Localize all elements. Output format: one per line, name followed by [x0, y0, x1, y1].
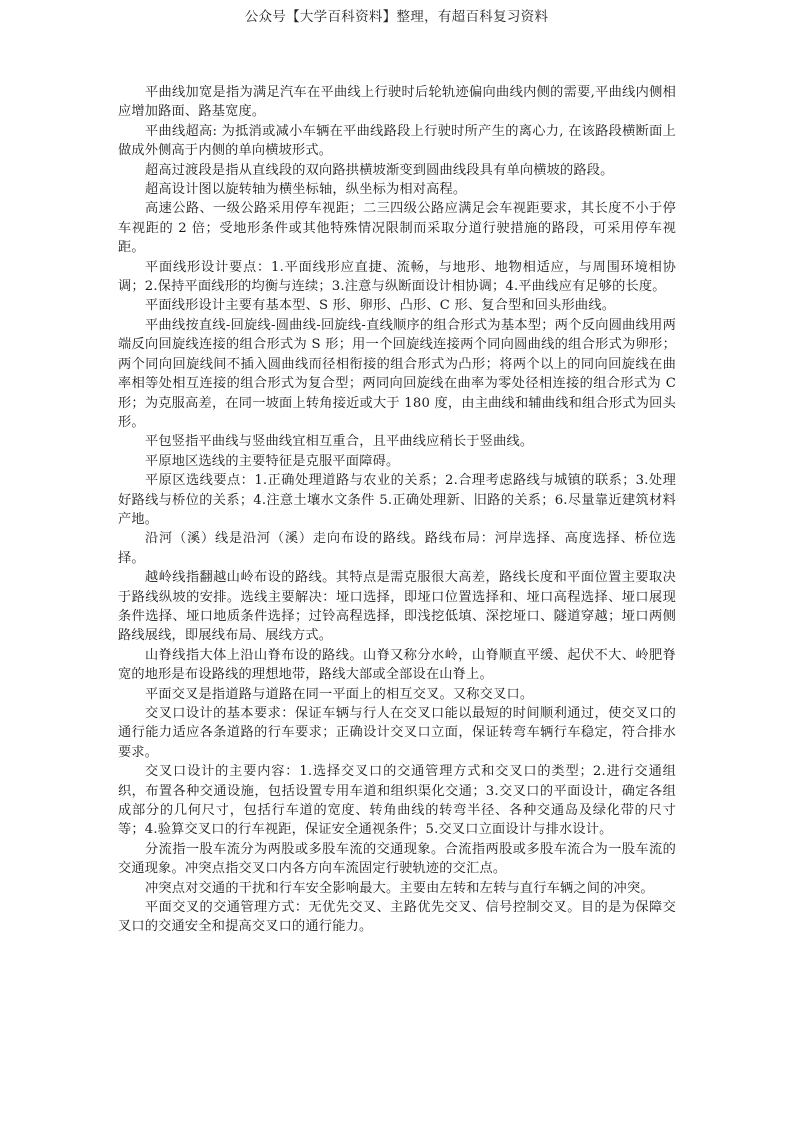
paragraph-at-grade-intersection: 平面交叉是指道路与道路在同一平面上的相互交叉。又称交叉口。	[118, 685, 676, 704]
paragraph-horizontal-vertical-overlap: 平包竖指平曲线与竖曲线宜相互重合，且平曲线应稍长于竖曲线。	[118, 432, 676, 451]
paragraph-curve-combinations: 平曲线按直线-回旋线-圆曲线-回旋线-直线顺序的组合形式为基本型；两个反向圆曲线…	[118, 316, 676, 432]
paragraph-plain-route-points: 平原区选线要点：1.正确处理道路与农业的关系；2.合理考虑路线与城镇的联系；3.…	[118, 471, 676, 529]
paragraph-alignment-key-points: 平面线形设计要点：1.平面线形应直捷、流畅，与地形、地物相适应，与周围环境相协调…	[118, 258, 676, 297]
paragraph-diverge-merge: 分流指一股车流分为两股或多股车流的交通现象。合流指两股或多股车流合为一股车流的交…	[118, 840, 676, 879]
paragraph-superelevation-diagram: 超高设计图以旋转轴为横坐标轴，纵坐标为相对高程。	[118, 180, 676, 199]
page-header: 公众号【大学百科资料】整理，有超百科复习资料	[0, 5, 793, 25]
document-body: 平曲线加宽是指为满足汽车在平曲线上行驶时后轮轨迹偏向曲线内侧的需要,平曲线内侧相…	[118, 83, 676, 937]
paragraph-curve-widening: 平曲线加宽是指为满足汽车在平曲线上行驶时后轮轨迹偏向曲线内侧的需要,平曲线内侧相…	[118, 83, 676, 122]
paragraph-traffic-control: 平面交叉的交通管理方式：无优先交叉、主路优先交叉、信号控制交叉。目的是为保障交叉…	[118, 898, 676, 937]
paragraph-ridge-route: 山脊线指大体上沿山脊布设的路线。山脊又称分水岭，山脊顺直平缓、起伏不大、岭肥脊宽…	[118, 646, 676, 685]
paragraph-sight-distance: 高速公路、一级公路采用停车视距；二三四级公路应满足会车视距要求，其长度不小于停车…	[118, 199, 676, 257]
paragraph-river-route: 沿河（溪）线是沿河（溪）走向布设的路线。路线布局：河岸选择、高度选择、桥位选择。	[118, 529, 676, 568]
paragraph-superelevation: 平曲线超高: 为抵消或减小车辆在平曲线路段上行驶时所产生的离心力, 在该路段横断…	[118, 122, 676, 161]
paragraph-superelevation-transition: 超高过渡段是指从直线段的双向路拱横坡渐变到圆曲线段具有单向横坡的路段。	[118, 161, 676, 180]
paragraph-mountain-crossing-route: 越岭线指翻越山岭布设的路线。其特点是需克服很大高差，路线长度和平面位置主要取决于…	[118, 568, 676, 646]
paragraph-intersection-design-content: 交叉口设计的主要内容：1.选择交叉口的交通管理方式和交叉口的类型；2.进行交通组…	[118, 762, 676, 840]
paragraph-conflict-points: 冲突点对交通的干扰和行车安全影响最大。主要由左转和左转与直行车辆之间的冲突。	[118, 879, 676, 898]
paragraph-plain-route-feature: 平原地区选线的主要特征是克服平面障碍。	[118, 452, 676, 471]
paragraph-alignment-types: 平面线形设计主要有基本型、S 形、卵形、凸形、C 形、复合型和回头形曲线。	[118, 296, 676, 315]
paragraph-intersection-requirements: 交叉口设计的基本要求：保证车辆与行人在交叉口能以最短的时间顺利通过，使交叉口的通…	[118, 704, 676, 762]
